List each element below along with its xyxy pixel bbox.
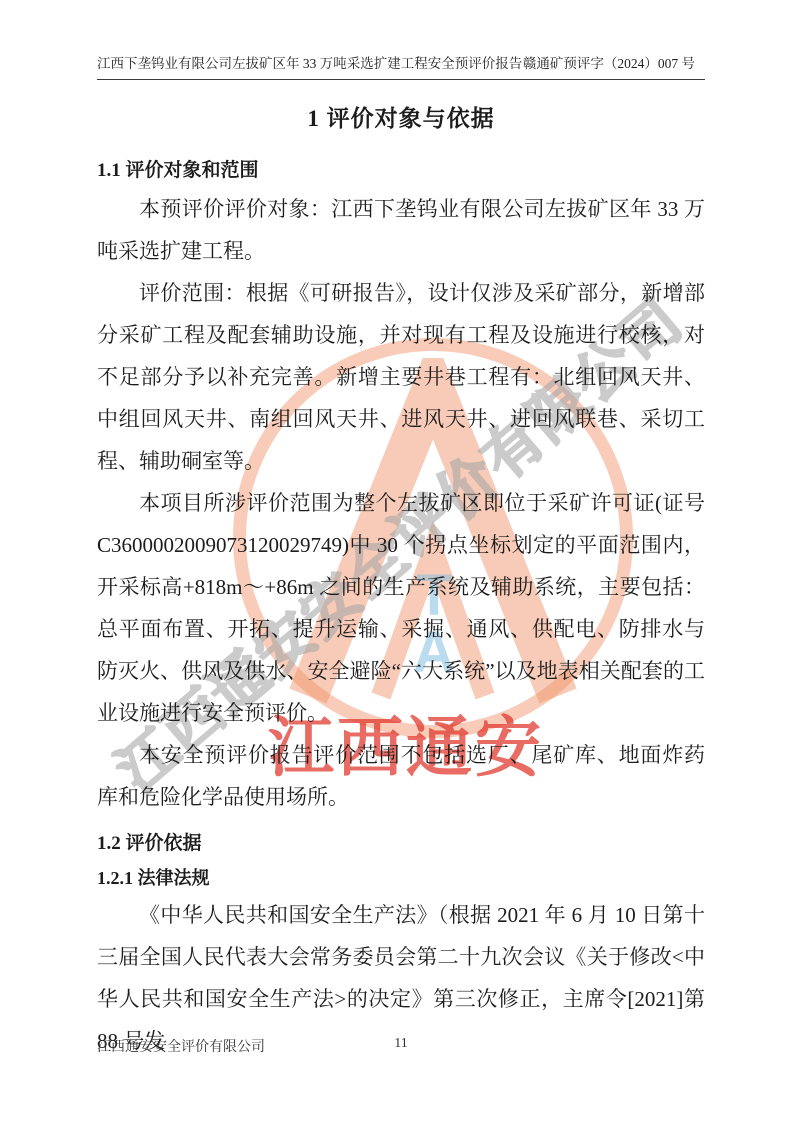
section-1-2-1-heading: 1.2.1 法律法规 xyxy=(97,864,705,890)
page-footer: 江西通安安全评价有限公司 11 xyxy=(97,1036,705,1056)
section-1-2-heading: 1.2 评价依据 xyxy=(97,828,705,855)
paragraph-exclusions: 本安全预评价报告评价范围不包括选厂、尾矿库、地面炸药库和危险化学品使用场所。 xyxy=(97,734,705,818)
document-content: 江西下垄钨业有限公司左拔矿区年 33 万吨采选扩建工程安全预评价报告 赣通矿预评… xyxy=(97,52,705,1062)
paragraph-eval-object: 本预评价评价对象：江西下垄钨业有限公司左拔矿区年 33 万吨采选扩建工程。 xyxy=(97,188,705,272)
footer-page-number: 11 xyxy=(394,1036,407,1052)
paragraph-mining-license: 本项目所涉评价范围为整个左拔矿区即位于采矿许可证(证号C360000200907… xyxy=(97,482,705,734)
page-header: 江西下垄钨业有限公司左拔矿区年 33 万吨采选扩建工程安全预评价报告 赣通矿预评… xyxy=(97,52,705,80)
header-doc-number: 赣通矿预评字（2024）007 号 xyxy=(523,52,705,72)
section-1-1-heading: 1.1 评价对象和范围 xyxy=(97,155,705,182)
header-report-title: 江西下垄钨业有限公司左拔矿区年 33 万吨采选扩建工程安全预评价报告 xyxy=(97,52,522,72)
footer-company: 江西通安安全评价有限公司 xyxy=(97,1040,265,1055)
document-page: TA 江西通安 江西通安安全评价有限公司 江西下垄钨业有限公司左拔矿区年 33 … xyxy=(0,0,800,1131)
paragraph-eval-scope: 评价范围：根据《可研报告》，设计仅涉及采矿部分，新增部分采矿工程及配套辅助设施，… xyxy=(97,272,705,482)
chapter-title: 1 评价对象与依据 xyxy=(97,100,705,133)
